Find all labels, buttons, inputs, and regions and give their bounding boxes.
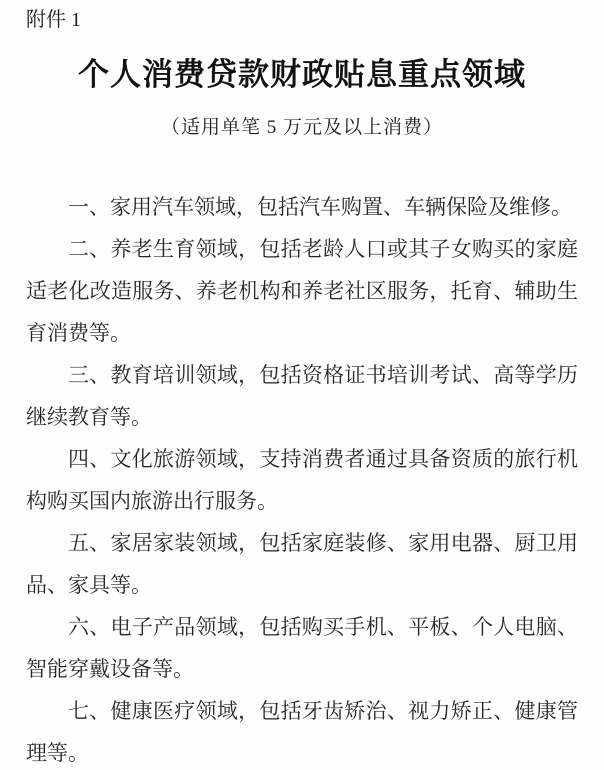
paragraph-2: 二、养老生育领域，包括老龄人口或其子女购买的家庭适老化改造服务、养老机构和养老社…	[26, 228, 578, 354]
paragraph-1: 一、家用汽车领域，包括汽车购置、车辆保险及维修。	[26, 186, 578, 228]
paragraph-4: 四、文化旅游领域，支持消费者通过具备资质的旅行机构购买国内旅游出行服务。	[26, 438, 578, 522]
paragraph-5: 五、家居家装领域，包括家庭装修、家用电器、厨卫用品、家具等。	[26, 522, 578, 606]
paragraph-6: 六、电子产品领域，包括购买手机、平板、个人电脑、智能穿戴设备等。	[26, 606, 578, 690]
document-page: 附件 1 个人消费贷款财政贴息重点领域 （适用单笔 5 万元及以上消费） 一、家…	[0, 0, 604, 770]
paragraph-3: 三、教育培训领域，包括资格证书培训考试、高等学历继续教育等。	[26, 354, 578, 438]
document-title: 个人消费贷款财政贴息重点领域	[26, 56, 578, 94]
paragraph-7: 七、健康医疗领域，包括牙齿矫治、视力矫正、健康管理等。	[26, 690, 578, 770]
attachment-label: 附件 1	[26, 6, 578, 34]
document-subtitle: （适用单笔 5 万元及以上消费）	[26, 114, 578, 141]
document-body: 一、家用汽车领域，包括汽车购置、车辆保险及维修。 二、养老生育领域，包括老龄人口…	[26, 186, 578, 770]
